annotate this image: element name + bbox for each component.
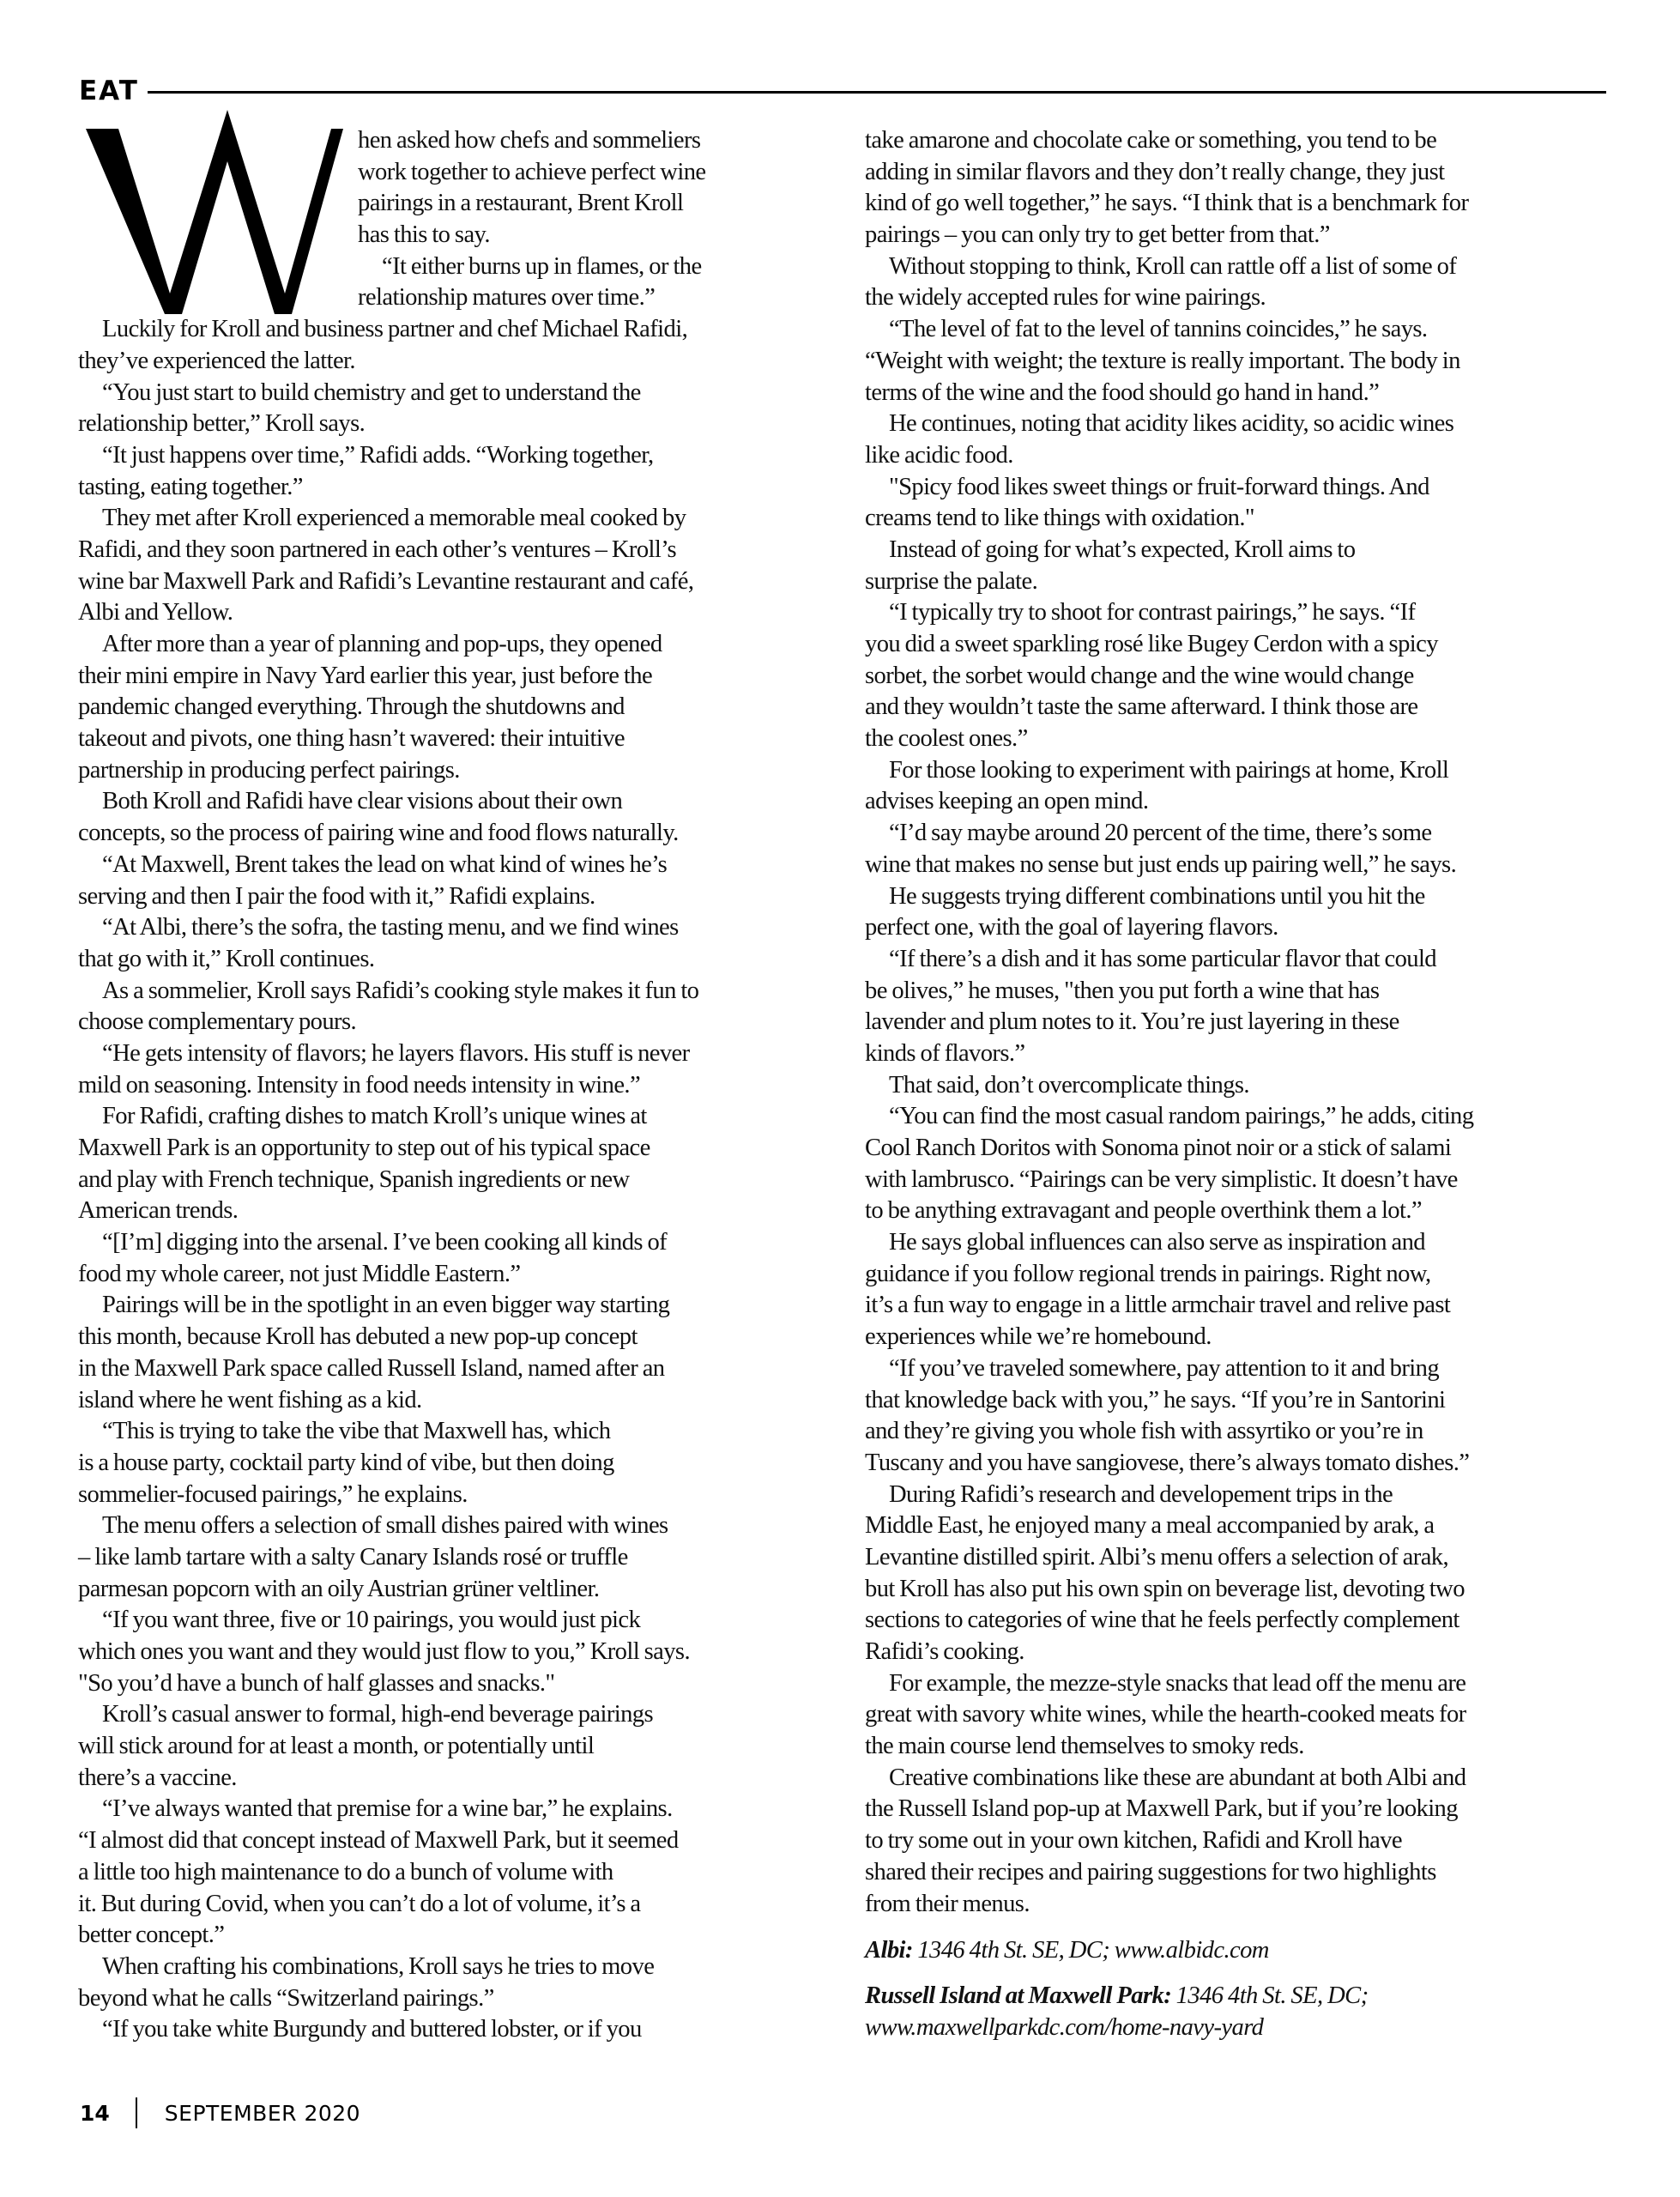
article-line: “You can find the most casual random pai… [865, 1101, 1611, 1133]
article-line: sommelier-focused pairings,” he explains… [78, 1480, 816, 1511]
article-line: “If you want three, five or 10 pairings,… [78, 1605, 816, 1637]
article-line: takeout and pivots, one thing hasn’t wav… [78, 723, 816, 755]
article-line: “[I’m] digging into the arsenal. I’ve be… [78, 1227, 816, 1259]
venue-entry: Russell Island at Maxwell Park: 1346 4th… [865, 1981, 1611, 2043]
article-line: For those looking to experiment with pai… [865, 755, 1611, 787]
article-line: partnership in producing perfect pairing… [78, 755, 816, 787]
article-line: creams tend to like things with oxidatio… [865, 503, 1611, 535]
venue-info: Albi: 1346 4th St. SE, DC; www.albidc.co… [865, 1935, 1611, 2043]
article-line: they’ve experienced the latter. [78, 346, 816, 378]
article-line: “He gets intensity of flavors; he layers… [78, 1038, 816, 1070]
venue-entry: Albi: 1346 4th St. SE, DC; www.albidc.co… [865, 1935, 1611, 1967]
article-line: He suggests trying different combination… [865, 881, 1611, 913]
article-line: the main course lend themselves to smoky… [865, 1731, 1611, 1763]
article-line: better concept.” [78, 1920, 816, 1952]
article-line: “It either burns up in flames, or the [78, 251, 816, 283]
article-column-right-body: take amarone and chocolate cake or somet… [865, 125, 1611, 1920]
issue-date: SEPTEMBER 2020 [165, 2101, 360, 2126]
article-line: the coolest ones.” [865, 723, 1611, 755]
article-line: like acidic food. [865, 440, 1611, 472]
article-line: pairings – you can only try to get bette… [865, 220, 1611, 251]
article-line: Pairings will be in the spotlight in an … [78, 1290, 816, 1322]
article-line: a little too high maintenance to do a bu… [78, 1857, 816, 1889]
section-label: EAT [79, 76, 139, 106]
page-footer: 14 SEPTEMBER 2020 [80, 2097, 360, 2128]
section-divider [148, 91, 1606, 94]
article-line: Middle East, he enjoyed many a meal acco… [865, 1510, 1611, 1542]
article-line: “You just start to build chemistry and g… [78, 378, 816, 409]
article-column-right: take amarone and chocolate cake or somet… [865, 125, 1611, 2057]
page-number: 14 [80, 2101, 110, 2126]
article-line: Without stopping to think, Kroll can rat… [865, 251, 1611, 283]
article-line: “I’ve always wanted that premise for a w… [78, 1794, 816, 1825]
article-line: mild on seasoning. Intensity in food nee… [78, 1070, 816, 1102]
article-line: During Rafidi’s research and developemen… [865, 1480, 1611, 1511]
article-line: That said, don’t overcomplicate things. [865, 1070, 1611, 1102]
venue-line: Albi: 1346 4th St. SE, DC; www.albidc.co… [865, 1935, 1611, 1967]
article-line: surprise the palate. [865, 566, 1611, 598]
article-line: and they wouldn’t taste the same afterwa… [865, 692, 1611, 723]
article-line: kinds of flavors.” [865, 1038, 1611, 1070]
article-line: “I’d say maybe around 20 percent of the … [865, 818, 1611, 850]
article-line: Creative combinations like these are abu… [865, 1763, 1611, 1795]
article-line: He continues, noting that acidity likes … [865, 409, 1611, 440]
article-line: As a sommelier, Kroll says Rafidi’s cook… [78, 976, 816, 1008]
article-line: island where he went fishing as a kid. [78, 1385, 816, 1417]
article-line: there’s a vaccine. [78, 1763, 816, 1795]
venue-name: Albi: [865, 1937, 913, 1964]
article-line: Instead of going for what’s expected, Kr… [865, 535, 1611, 566]
article-line: “Weight with weight; the texture is real… [865, 346, 1611, 378]
article-line: experiences while we’re homebound. [865, 1322, 1611, 1353]
article-line: in the Maxwell Park space called Russell… [78, 1353, 816, 1385]
article-line: which ones you want and they would just … [78, 1637, 816, 1668]
article-line: They met after Kroll experienced a memor… [78, 503, 816, 535]
article-line: For example, the mezze-style snacks that… [865, 1668, 1611, 1700]
article-line: concepts, so the process of pairing wine… [78, 818, 816, 850]
article-line: sorbet, the sorbet would change and the … [865, 661, 1611, 693]
article-line: When crafting his combinations, Kroll sa… [78, 1952, 816, 1983]
venue-address[interactable]: 1346 4th St. SE, DC; [1171, 1982, 1368, 2009]
article-line: take amarone and chocolate cake or somet… [865, 125, 1611, 157]
article-line: great with savory white wines, while the… [865, 1699, 1611, 1731]
article-line: For Rafidi, crafting dishes to match Kro… [78, 1101, 816, 1133]
article-line: Kroll’s casual answer to formal, high-en… [78, 1699, 816, 1731]
article-line: beyond what he calls “Switzerland pairin… [78, 1983, 816, 2015]
article-line: the Russell Island pop-up at Maxwell Par… [865, 1794, 1611, 1825]
article-line: Albi and Yellow. [78, 597, 816, 629]
article-line: it’s a fun way to engage in a little arm… [865, 1290, 1611, 1322]
article-line: food my whole career, not just Middle Ea… [78, 1259, 816, 1291]
article-line: Levantine distilled spirit. Albi’s menu … [865, 1542, 1611, 1574]
article-line: “If you take white Burgundy and buttered… [78, 2014, 816, 2046]
venue-url[interactable]: www.maxwellparkdc.com/home-navy-yard [865, 2012, 1611, 2044]
article-line: “The level of fat to the level of tannin… [865, 314, 1611, 346]
article-line: be olives,” he muses, "then you put fort… [865, 976, 1611, 1008]
article-line: will stick around for at least a month, … [78, 1731, 816, 1763]
article-line: Luckily for Kroll and business partner a… [78, 314, 816, 346]
article-line: terms of the wine and the food should go… [865, 378, 1611, 409]
article-line: American trends. [78, 1195, 816, 1227]
article-line: you did a sweet sparkling rosé like Buge… [865, 629, 1611, 661]
article-line: “If you’ve traveled somewhere, pay atten… [865, 1353, 1611, 1385]
article-line: adding in similar flavors and they don’t… [865, 157, 1611, 189]
article-line: parmesan popcorn with an oily Austrian g… [78, 1574, 816, 1606]
article-line: "Spicy food likes sweet things or fruit-… [865, 472, 1611, 504]
article-line: that knowledge back with you,” he says. … [865, 1385, 1611, 1417]
article-line: wine bar Maxwell Park and Rafidi’s Levan… [78, 566, 816, 598]
article-line: He says global influences can also serve… [865, 1227, 1611, 1259]
venue-address[interactable]: 1346 4th St. SE, DC; www.albidc.com [913, 1937, 1269, 1964]
article-line: relationship matures over time.” [78, 282, 816, 314]
article-line: that go with it,” Kroll continues. [78, 944, 816, 976]
article-line: is a house party, cocktail party kind of… [78, 1448, 816, 1480]
article-line: kind of go well together,” he says. “I t… [865, 188, 1611, 220]
article-line: guidance if you follow regional trends i… [865, 1259, 1611, 1291]
article-line: choose complementary pours. [78, 1007, 816, 1038]
article-line: “At Albi, there’s the sofra, the tasting… [78, 912, 816, 944]
article-line: to try some out in your own kitchen, Raf… [865, 1825, 1611, 1857]
article-line: “I almost did that concept instead of Ma… [78, 1825, 816, 1857]
article-line: hen asked how chefs and sommeliers [78, 125, 816, 157]
article-line: has this to say. [78, 220, 816, 251]
article-line: Both Kroll and Rafidi have clear visions… [78, 786, 816, 818]
article-line: serving and then I pair the food with it… [78, 881, 816, 913]
article-line: this month, because Kroll has debuted a … [78, 1322, 816, 1353]
article-line: lavender and plum notes to it. You’re ju… [865, 1007, 1611, 1038]
article-line: relationship better,” Kroll says. [78, 409, 816, 440]
article-line: After more than a year of planning and p… [78, 629, 816, 661]
article-line: pandemic changed everything. Through the… [78, 692, 816, 723]
article-line: Cool Ranch Doritos with Sonoma pinot noi… [865, 1133, 1611, 1165]
venue-line: Russell Island at Maxwell Park: 1346 4th… [865, 1981, 1611, 2012]
article-column-left: hen asked how chefs and sommelierswork t… [78, 125, 816, 2046]
article-line: The menu offers a selection of small dis… [78, 1510, 816, 1542]
article-line: “This is trying to take the vibe that Ma… [78, 1416, 816, 1448]
article-line: sections to categories of wine that he f… [865, 1605, 1611, 1637]
article-line: but Kroll has also put his own spin on b… [865, 1574, 1611, 1606]
article-line: the widely accepted rules for wine pairi… [865, 282, 1611, 314]
article-line: their mini empire in Navy Yard earlier t… [78, 661, 816, 693]
article-line: Rafidi’s cooking. [865, 1637, 1611, 1668]
article-line: wine that makes no sense but just ends u… [865, 850, 1611, 881]
venue-name: Russell Island at Maxwell Park: [865, 1982, 1171, 2009]
article-line: it. But during Covid, when you can’t do … [78, 1889, 816, 1921]
article-line: “If there’s a dish and it has some parti… [865, 944, 1611, 976]
article-line: work together to achieve perfect wine [78, 157, 816, 189]
article-line: pairings in a restaurant, Brent Kroll [78, 188, 816, 220]
article-line: – like lamb tartare with a salty Canary … [78, 1542, 816, 1574]
article-line: "So you’d have a bunch of half glasses a… [78, 1668, 816, 1700]
article-line: from their menus. [865, 1889, 1611, 1921]
article-line: “It just happens over time,” Rafidi adds… [78, 440, 816, 472]
article-line: tasting, eating together.” [78, 472, 816, 504]
article-line: and they’re giving you whole fish with a… [865, 1416, 1611, 1448]
article-line: shared their recipes and pairing suggest… [865, 1857, 1611, 1889]
article-line: “At Maxwell, Brent takes the lead on wha… [78, 850, 816, 881]
footer-separator [136, 2097, 137, 2128]
article-line: perfect one, with the goal of layering f… [865, 912, 1611, 944]
article-line: Rafidi, and they soon partnered in each … [78, 535, 816, 566]
article-line: Tuscany and you have sangiovese, there’s… [865, 1448, 1611, 1480]
article-line: “I typically try to shoot for contrast p… [865, 597, 1611, 629]
article-line: to be anything extravagant and people ov… [865, 1195, 1611, 1227]
article-line: advises keeping an open mind. [865, 786, 1611, 818]
article-line: with lambrusco. “Pairings can be very si… [865, 1165, 1611, 1196]
article-line: Maxwell Park is an opportunity to step o… [78, 1133, 816, 1165]
article-line: and play with French technique, Spanish … [78, 1165, 816, 1196]
